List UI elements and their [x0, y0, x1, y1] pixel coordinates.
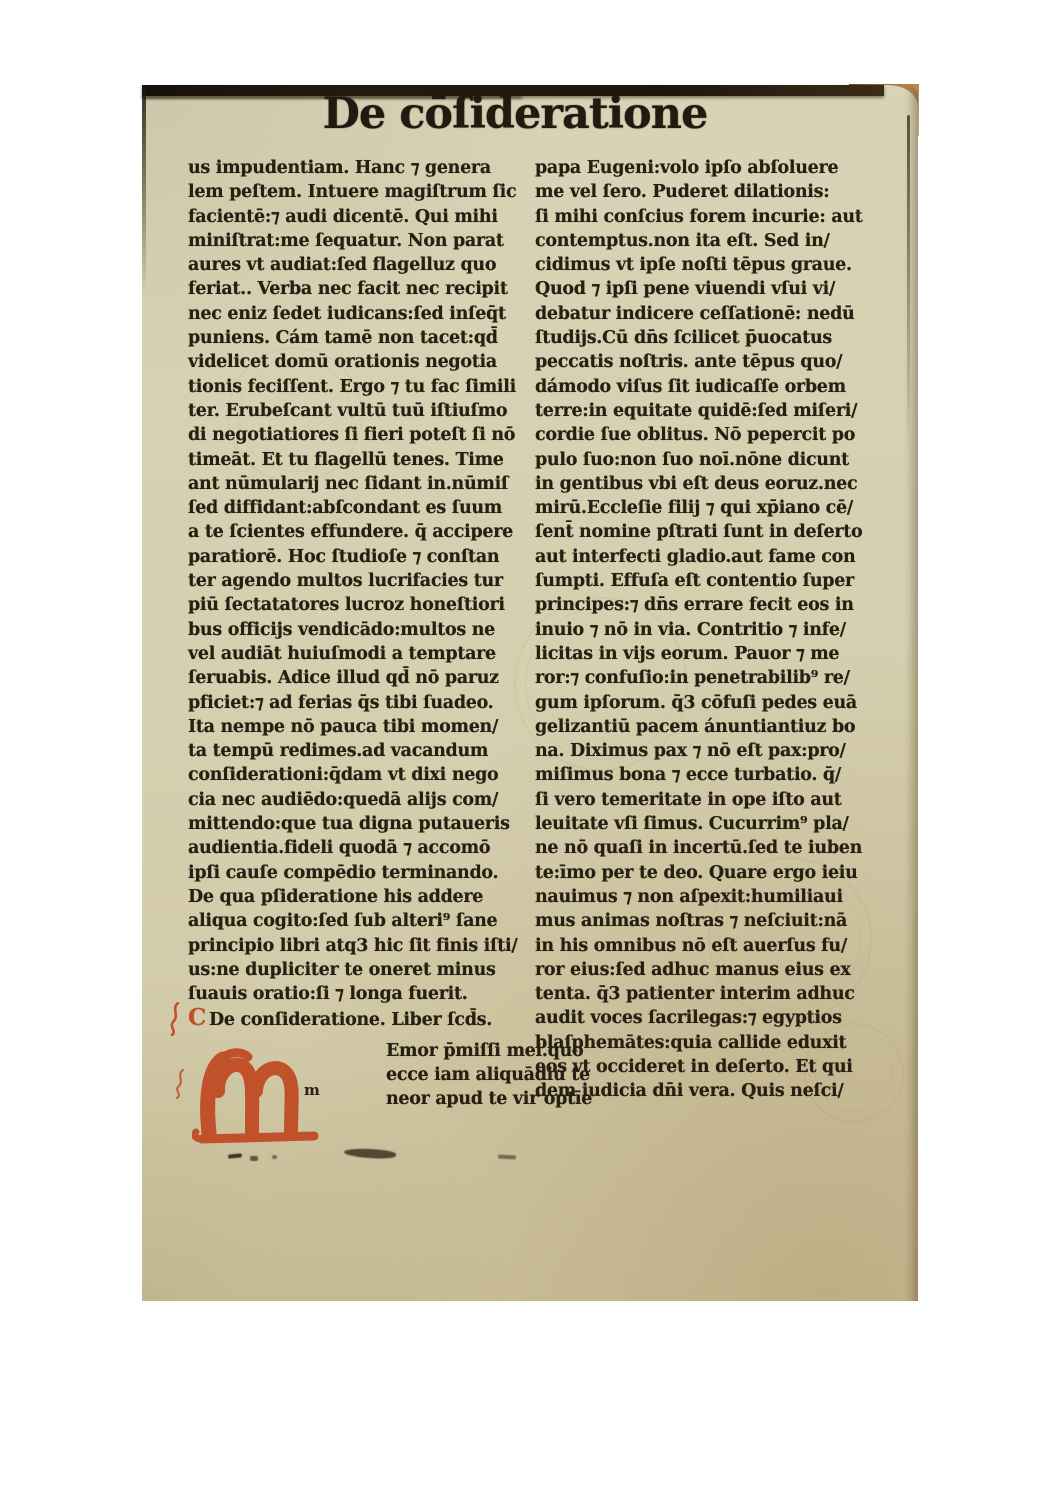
- text-line: us:ne dupliciter te oneret minus: [188, 958, 535, 982]
- text-line: mittendo:que tua digna putaueris: [188, 812, 535, 836]
- text-line: contemptus.non ita eſt. Sed in/: [535, 229, 885, 253]
- text-line: licitas in vijs eorum. Pauor ⁊ me: [535, 642, 885, 666]
- text-line: ipſi cauſe compēdio terminando.: [188, 861, 535, 885]
- text-line: debatur indicere ceſſationē: nedū: [535, 302, 885, 326]
- text-line: papa Eugeni:volo ipſo abſoluere: [535, 156, 885, 180]
- text-line: Quod ⁊ ipſi pene viuendi vſui vi/: [535, 277, 885, 301]
- text-line: eos vt occideret in deſerto. Et qui: [535, 1055, 885, 1079]
- rubric-text: De conſideratione. Liber ſcd̄s.: [209, 1010, 492, 1030]
- text-line: in gentibus vbi eſt deus eoruz.nec: [535, 472, 885, 496]
- text-line: ſent̄ nomine pſtrati ſunt in deſerto: [535, 520, 885, 544]
- text-line: ter. Erubeſcant vultū tuū iſtiuſmo: [188, 399, 535, 423]
- text-line: ſed diffidant:abſcondant es ſuum: [188, 496, 535, 520]
- text-line: principio libri atq3 hic ſit finis iſti/: [188, 934, 535, 958]
- text-line: ne nō quaſi in incertū.ſed te iuben: [535, 836, 885, 860]
- ink-smudge: [498, 1155, 516, 1160]
- text-line: di negotiatiores ſi fieri poteſt ſi nō: [188, 423, 535, 447]
- text-line: gum ipſorum. q̄3 cōfuſi pedes euā: [535, 691, 885, 715]
- text-line: ſi vero temeritate in ope iſto aut: [535, 788, 885, 812]
- text-line: a te ſcientes effundere. q̄ accipere: [188, 520, 535, 544]
- page-title: De cōſideratione: [142, 89, 888, 139]
- red-margin-flourish: [174, 1069, 188, 1103]
- text-line: dámodo viſus ſit iudicaſſe orbem: [535, 375, 885, 399]
- text-line: pficiet:⁊ ad ferias q̄s tibi ſuadeo.: [188, 691, 535, 715]
- ink-smudge: [250, 1156, 258, 1161]
- text-line: inuio ⁊ nō in via. Contritio ⁊ infe/: [535, 618, 885, 642]
- text-line: ſi mihi conſcius forem incurie: aut: [535, 205, 885, 229]
- text-line: gelizantiū pacem ánuntiantiuz bo: [535, 715, 885, 739]
- text-line: te:īmo per te deo. Quare ergo ieiu: [535, 861, 885, 885]
- text-line: mirū.Eccleſie filij ⁊ qui xp̄iano cē/: [535, 496, 885, 520]
- guide-letter: m: [304, 1081, 320, 1099]
- right-text-column: papa Eugeni:volo ipſo abſoluereme vel ſe…: [535, 156, 885, 1104]
- text-line: facientē:⁊ audi dicentē. Qui mihi: [188, 205, 535, 229]
- text-line: De qua pſideratione his addere: [188, 885, 535, 909]
- text-line: cordie ſue oblitus. Nō pepercit po: [535, 423, 885, 447]
- text-line: cidimus vt ipſe noſti tēpus graue.: [535, 253, 885, 277]
- text-line: miniſtrat:me ſequatur. Non parat: [188, 229, 535, 253]
- text-line: audientia.fideli quodā ⁊ accomō: [188, 836, 535, 860]
- text-line: peccatis noſtris. ante tēpus quo/: [535, 350, 885, 374]
- text-line: ror eius:ſed adhuc manus eius ex: [535, 958, 885, 982]
- text-line: feriat.. Verba nec facit nec recipit: [188, 277, 535, 301]
- text-line: miſimus bona ⁊ ecce turbatio. q̄/: [535, 763, 885, 787]
- text-line: ſuauis oratio:ſi ⁊ longa fuerit.: [188, 982, 535, 1006]
- text-line: nauimus ⁊ non aſpexit:humiliaui: [535, 885, 885, 909]
- text-line: terre:in equitate quidē:ſed miſeri/: [535, 399, 885, 423]
- text-line: ſtudijs.Cū dn̄s ſcilicet p̄uocatus: [535, 326, 885, 350]
- text-line: us impudentiam. Hanc ⁊ genera: [188, 156, 535, 180]
- text-line: ecce iam aliquādiu te: [386, 1063, 535, 1087]
- text-line: Ita nempe nō pauca tibi momen/: [188, 715, 535, 739]
- text-line: blaſphemātes:quia callide eduxit: [535, 1031, 885, 1055]
- text-line: bus officijs vendicādo:multos ne: [188, 618, 535, 642]
- text-line: dem iudicia dn̄i vera. Quis neſci/: [535, 1079, 885, 1103]
- text-line: videlicet domū orationis negotia: [188, 350, 535, 374]
- text-line: lem peſtem. Intuere magiſtrum ſic: [188, 180, 535, 204]
- text-line: conſiderationi:q̄dam vt dixi nego: [188, 763, 535, 787]
- text-line: neor apud te vir optīe: [386, 1087, 535, 1111]
- ink-smudge: [272, 1155, 277, 1159]
- text-line: audit voces ſacrilegas:⁊ egyptios: [535, 1006, 885, 1030]
- text-line: ſumpti. Effuſa eſt contentio ſuper: [535, 569, 885, 593]
- text-line: me vel ſero. Puderet dilationis:: [535, 180, 885, 204]
- text-line: ter agendo multos lucrifacies tur: [188, 569, 535, 593]
- text-line: Emor p̄miſſi mei.quo: [386, 1039, 535, 1063]
- page-right-edge: [904, 85, 918, 1301]
- book-page-photo: De cōſideratione us impudentiam. Hanc ⁊ …: [142, 85, 918, 1301]
- text-line: aures vt audiat:ſed flagelluz quo: [188, 253, 535, 277]
- text-line: ſeruabis. Adice illud qd̄ nō paruz: [188, 666, 535, 690]
- text-line: tionis feciſſent. Ergo ⁊ tu fac ſimili: [188, 375, 535, 399]
- text-line: pulo ſuo:non ſuo noī.nōne dicunt: [535, 448, 885, 472]
- text-line: vel audiāt huiuſmodi a temptare: [188, 642, 535, 666]
- text-line: ror:⁊ confuſio:in penetrabilib⁹ re/: [535, 666, 885, 690]
- text-line: ant nūmularij nec ſidant in.nūmiſ: [188, 472, 535, 496]
- text-line: na. Diximus pax ⁊ nō eſt pax:pro/: [535, 739, 885, 763]
- paragraph-mark: C: [188, 1004, 206, 1031]
- chapter-opening: m Emor p̄miſſi mei.quoecce iam aliquādiu…: [188, 1039, 535, 1157]
- text-line: puniens. Cám tamē non tacet:qd̄: [188, 326, 535, 350]
- text-line: leuitate vſi ſimus. Cucurrim⁹ pla/: [535, 812, 885, 836]
- text-line: cia nec audiēdo:quedā alijs com/: [188, 788, 535, 812]
- chapter-rubric: CDe conſideratione. Liber ſcd̄s.: [188, 1006, 535, 1032]
- text-line: principes:⁊ dn̄s errare fecit eos in: [535, 593, 885, 617]
- text-line: nec eniz ſedet iudicans:ſed inſeq̄t: [188, 302, 535, 326]
- text-line: mus animas noſtras ⁊ neſciuit:nā: [535, 909, 885, 933]
- text-line: paratiorē. Hoc ſtudioſe ⁊ conſtan: [188, 545, 535, 569]
- text-line: timeāt. Et tu flagellū tenes. Time: [188, 448, 535, 472]
- text-line: tenta. q̄3 patienter interim adhuc: [535, 982, 885, 1006]
- text-line: aut interfecti gladio.aut fame con: [535, 545, 885, 569]
- text-line: in his omnibus nō eſt auerſus fu/: [535, 934, 885, 958]
- left-text-column: us impudentiam. Hanc ⁊ generalem peſtem.…: [188, 156, 535, 1157]
- text-line: piū ſectatatores lucroz honeſtiori: [188, 593, 535, 617]
- red-margin-flourish: [168, 1002, 184, 1043]
- text-line: aliqua cogito:ſed ſub alteri⁹ ſane: [188, 909, 535, 933]
- text-line: ta tempū redimes.ad vacandum: [188, 739, 535, 763]
